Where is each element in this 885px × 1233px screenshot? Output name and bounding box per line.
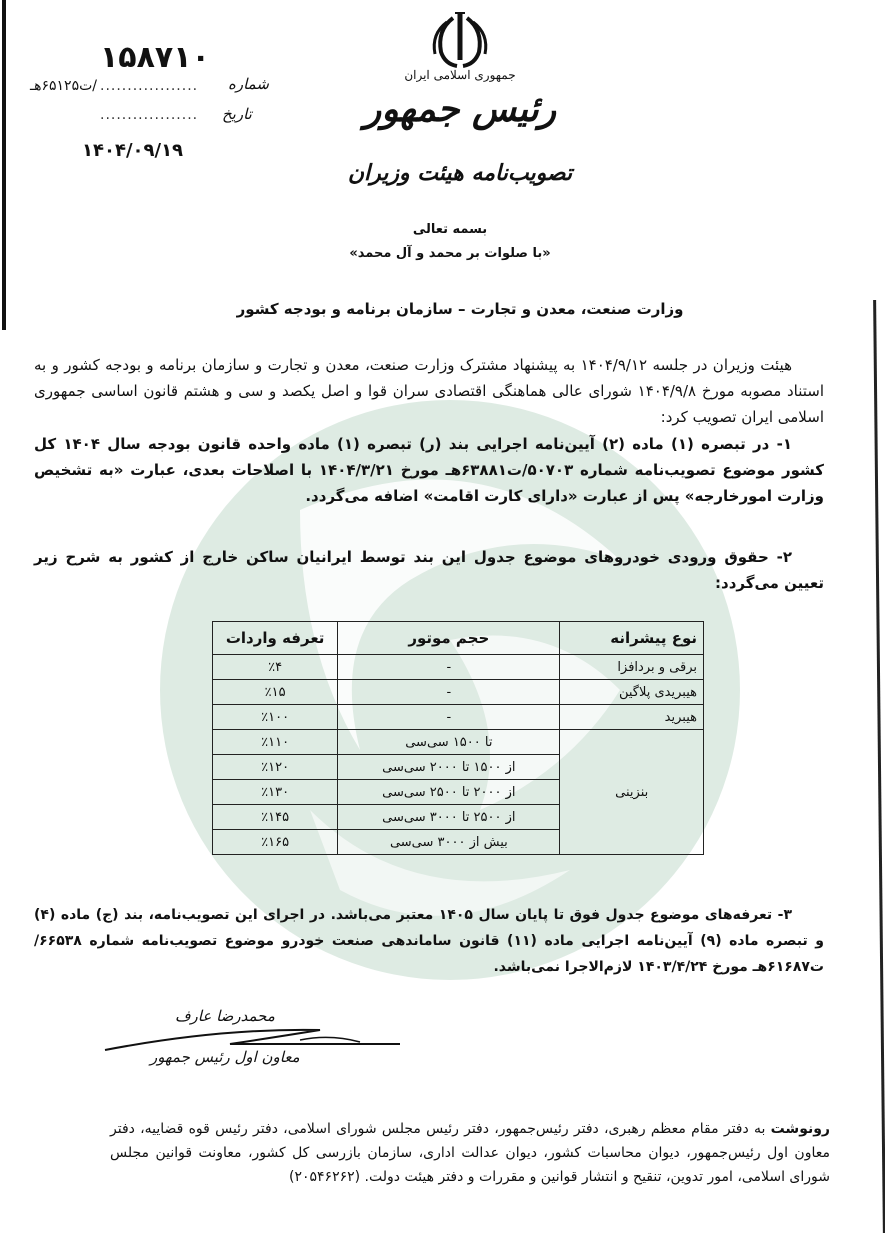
- cell-engine: -: [338, 705, 560, 730]
- date-value: ۱۴۰۴/۰۹/۱۹: [82, 140, 183, 161]
- cell-tariff: ٪۱۶۵: [213, 830, 338, 855]
- serial-number: ۱۵۸۷۱۰: [100, 40, 210, 75]
- copies-text: به دفتر مقام معظم رهبری، دفتر رئیس‌جمهور…: [110, 1121, 830, 1185]
- copies-label: رونوشت: [771, 1121, 830, 1137]
- number-value: /ت۶۵۱۲۵هـ: [30, 78, 97, 94]
- cell-engine: -: [338, 655, 560, 680]
- cell-tariff: ٪۴: [213, 655, 338, 680]
- number-label: شماره: [228, 75, 269, 93]
- intro-paragraph: هیئت وزیران در جلسه ۱۴۰۴/۹/۱۲ به پیشنهاد…: [34, 352, 824, 430]
- cell-type-gasoline: بنزینی: [560, 730, 704, 855]
- salawat: «با صلوات بر محمد و آل محمد»: [300, 246, 600, 261]
- republic-line: جمهوری اسلامی ایران: [370, 68, 550, 82]
- cell-engine: از ۲۰۰۰ تا ۲۵۰۰ سی‌سی: [338, 780, 560, 805]
- cell-engine: از ۲۵۰۰ تا ۳۰۰۰ سی‌سی: [338, 805, 560, 830]
- table-row: بنزینی تا ۱۵۰۰ سی‌سی ٪۱۱۰: [213, 730, 704, 755]
- cell-tariff: ٪۱۴۵: [213, 805, 338, 830]
- cell-type: هیبریدی پلاگین: [560, 680, 704, 705]
- table-row: هیبرید - ٪۱۰۰: [213, 705, 704, 730]
- office-title: رئیس جمهور: [340, 88, 580, 130]
- invocation: بسمه تعالی: [300, 222, 600, 237]
- cell-tariff: ٪۱۲۰: [213, 755, 338, 780]
- table-row: برقی و بردافزا - ٪۴: [213, 655, 704, 680]
- cell-engine: از ۱۵۰۰ تا ۲۰۰۰ سی‌سی: [338, 755, 560, 780]
- header-import-tariff: تعرفه واردات: [213, 622, 338, 655]
- document-type: تصویب‌نامه هیئت وزیران: [330, 160, 590, 186]
- header-engine-type: نوع پیشرانه: [560, 622, 704, 655]
- signatory-title: معاون اول رئیس جمهور: [150, 1048, 300, 1066]
- addressees: وزارت صنعت، معدن و تجارت – سازمان برنامه…: [200, 300, 720, 318]
- clause-3: ۳- تعرفه‌های موضوع جدول فوق تا پایان سال…: [34, 902, 824, 980]
- cell-tariff: ٪۱۳۰: [213, 780, 338, 805]
- cell-engine: تا ۱۵۰۰ سی‌سی: [338, 730, 560, 755]
- table-row: هیبریدی پلاگین - ٪۱۵: [213, 680, 704, 705]
- cell-tariff: ٪۱۵: [213, 680, 338, 705]
- scan-edge-right: [873, 300, 885, 1233]
- cell-tariff: ٪۱۱۰: [213, 730, 338, 755]
- cell-type: هیبرید: [560, 705, 704, 730]
- header-engine-size: حجم موتور: [338, 622, 560, 655]
- number-dots: ..................: [100, 78, 198, 94]
- cell-engine: بیش از ۳۰۰۰ سی‌سی: [338, 830, 560, 855]
- clause-1: ۱- در تبصره (۱) ماده (۲) آیین‌نامه اجرای…: [34, 431, 824, 509]
- iran-emblem-icon: [425, 10, 495, 72]
- tariff-table: نوع پیشرانه حجم موتور تعرفه واردات برقی …: [212, 621, 704, 855]
- table-header-row: نوع پیشرانه حجم موتور تعرفه واردات: [213, 622, 704, 655]
- clause-2: ۲- حقوق ورودی خودروهای موضوع جدول این بن…: [34, 544, 824, 596]
- date-label: تاریخ: [222, 105, 252, 123]
- cell-engine: -: [338, 680, 560, 705]
- cell-tariff: ٪۱۰۰: [213, 705, 338, 730]
- scan-edge-left: [2, 0, 6, 330]
- date-dots: ..................: [100, 107, 198, 123]
- copies-paragraph: رونوشت به دفتر مقام معظم رهبری، دفتر رئی…: [110, 1117, 830, 1189]
- cell-type: برقی و بردافزا: [560, 655, 704, 680]
